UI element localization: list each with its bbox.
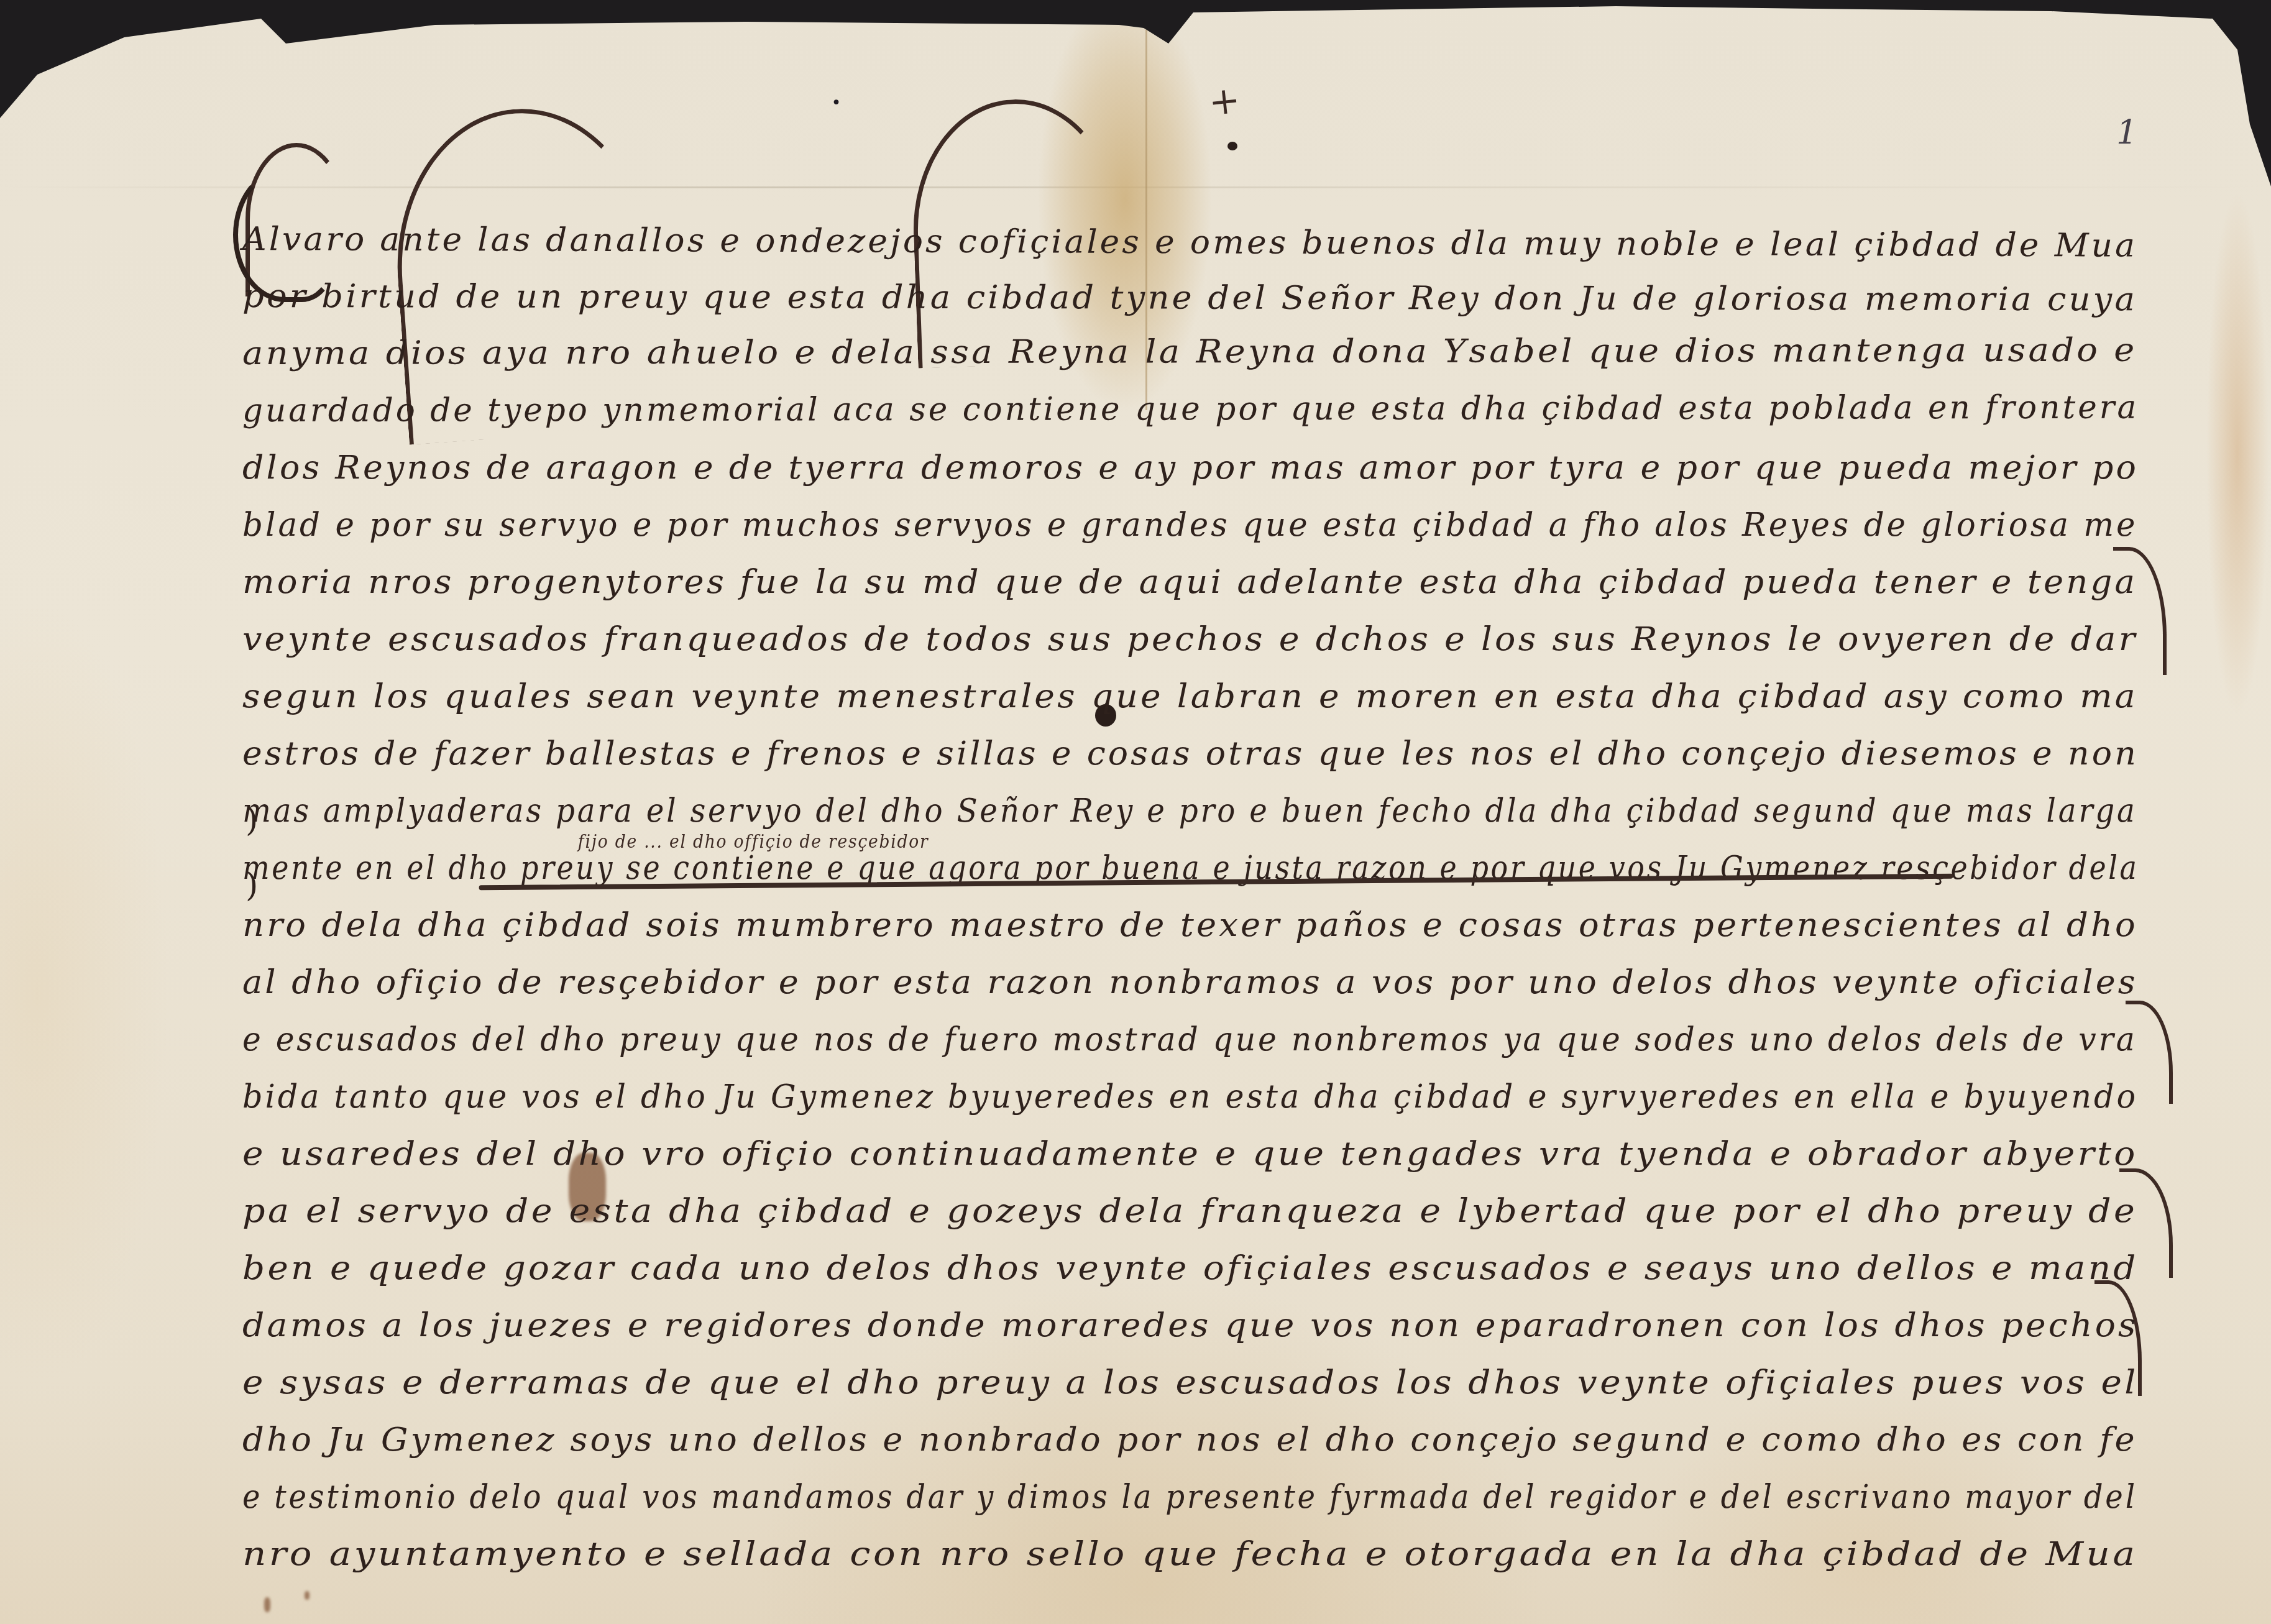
- folio-number: 1: [2116, 113, 2137, 152]
- struck-text-line: mente en el dho preuy se contiene e que …: [242, 850, 1975, 907]
- text-line: anyma dios aya nro ahuelo e dela ssa Rey…: [242, 331, 2271, 392]
- rust-stain-icon: [264, 1597, 270, 1612]
- text-line: pa el servyo de esta dha çibdad e gozeys…: [242, 1193, 2271, 1250]
- text-line: moria nros progenytores fue la su md que…: [242, 564, 2271, 621]
- text-line: estros de fazer ballestas e frenos e sil…: [242, 735, 2261, 792]
- text-line: nro dela dha çibdad sois mumbrero maestr…: [242, 907, 2271, 964]
- text-line: e usaredes del dho vro ofiçio continuada…: [242, 1135, 2271, 1193]
- ink-blot-icon: [1227, 142, 1237, 150]
- text-line: dlos Reynos de aragon e de tyerra demoro…: [242, 449, 2267, 507]
- top-dot-mark: ·: [830, 81, 842, 124]
- interlinear-insertion: fijo de ... el dho offiçio de resçebidor: [578, 831, 929, 853]
- text-line: dho Ju Gymenez soys uno dellos e nonbrad…: [242, 1421, 2271, 1479]
- cross-mark-icon: +: [1206, 78, 1242, 125]
- text-line: segun los quales sean veynte menestrales…: [242, 678, 2271, 735]
- text-line: blad e por su servyo e por muchos servyo…: [242, 507, 2183, 564]
- text-line: Alvaro ante las danallos e ondezejos cof…: [242, 221, 2255, 285]
- manuscript-text: Alvaro ante las danallos e ondezejos cof…: [242, 221, 2200, 1593]
- text-line: bida tanto que vos el dho Ju Gymenez byu…: [242, 1078, 2159, 1135]
- text-line: e escusados del dho preuy que nos de fue…: [242, 1021, 2142, 1078]
- text-line: e testimonio delo qual vos mandamos dar …: [242, 1479, 2059, 1536]
- text-line: e sysas e derramas de que el dho preuy a…: [242, 1364, 2271, 1421]
- text-line: mas amplyaderas para el servyo del dho S…: [242, 792, 2065, 850]
- text-line: guardado de tyepo ynmemorial aca se cont…: [242, 389, 2188, 449]
- text-line: ben e quede gozar cada uno delos dhos ve…: [242, 1250, 2271, 1307]
- text-line: nro ayuntamyento e sellada con nro sello…: [242, 1536, 2271, 1593]
- text-line: veynte escusados franqueados de todos su…: [242, 621, 2271, 678]
- text-line: al dho ofiçio de resçebidor e por esta r…: [242, 964, 2271, 1021]
- text-line: por birtud de un preuy que esta dha cibd…: [242, 278, 2271, 339]
- text-line: damos a los juezes e regidores donde mor…: [242, 1307, 2271, 1364]
- manuscript-page: · + 1 ) ) Alvaro ante las danallos e ond…: [0, 0, 2271, 1624]
